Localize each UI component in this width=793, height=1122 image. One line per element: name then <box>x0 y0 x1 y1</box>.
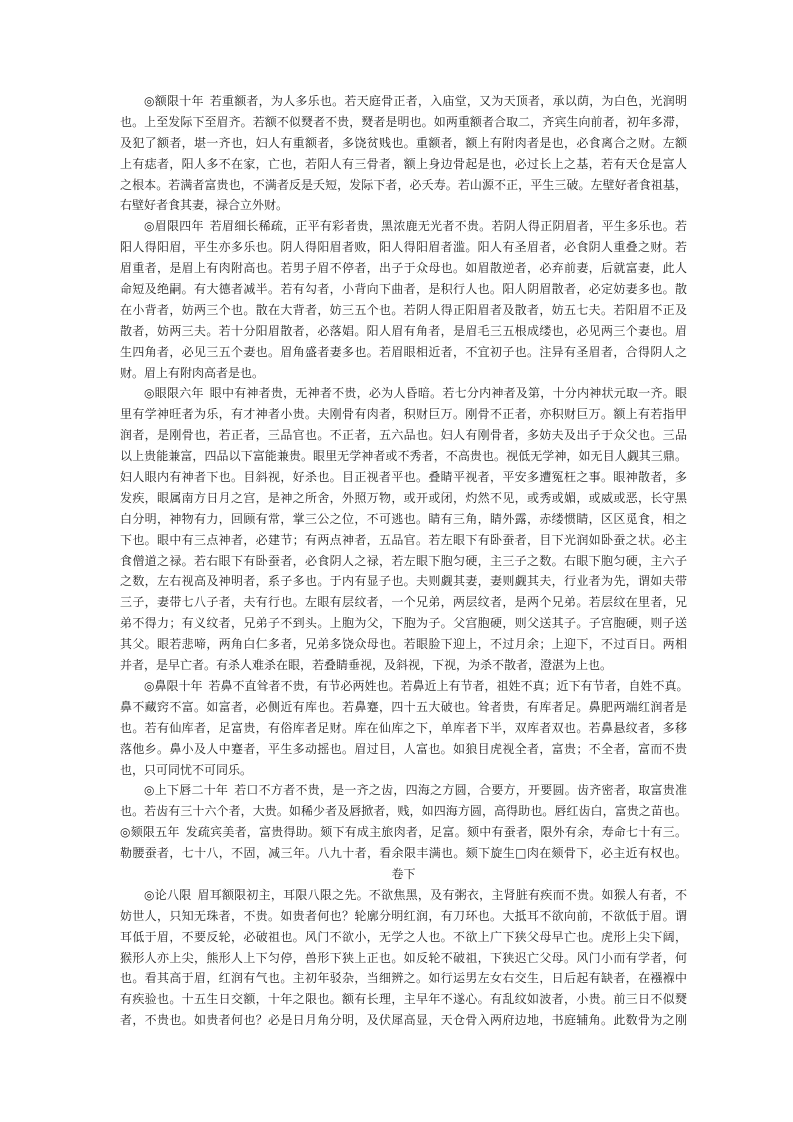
paragraph-eyebrow: ◎眉限四年若眉细长稀疏，正平有彩者贵，黑浓鹿无光者不贵。若阴人得正阴眉者，平生多… <box>120 216 687 383</box>
text-line: 也。上至发际下至眉齐。若额不似燹者不贵，燹者是明也。如两重额者合取二，齐宾生向前… <box>120 112 687 133</box>
text-line: 也。若有仙库者，足富贵，有俗库者足财。库在仙库之下，单库者下半，双库者双也。若鼻… <box>120 718 687 739</box>
paragraph-forehead: ◎额限十年若重额者，为人多乐也。若天庭骨正者，入庙堂，又为天顶者，承以荫，为白色… <box>120 91 687 216</box>
paragraph-chin: ◎颏限五年发疏宾美者，富贵得助。颏下有成主旅肉者，足富。颏中有蚕者，限外有余，寿… <box>120 822 687 864</box>
paragraph-eight-limits: ◎论八限眉耳额限初主，耳限八限之先。不欲焦黑，及有粥衣，主肾脏有疾而不贵。如猴人… <box>120 885 687 1031</box>
text-line: 润者，是刚骨也，若正者，三品官也。不正者，五六品也。妇人有刚骨者，多妨夫及出子于… <box>120 425 687 446</box>
line-text: 若眉细长稀疏，正平有彩者贵，黑浓鹿无光者不贵。若阴人得正阴眉者，平生多乐也。若 <box>210 219 687 233</box>
section-title: ◎眉限四年 <box>144 219 204 233</box>
section-title: ◎上下唇二十年 <box>144 783 228 797</box>
line-text: 眼中有神者贵，无神者不贵，必为人昏暗。若七分内神者及第，十分内神状元取一齐。眼 <box>210 386 687 400</box>
text-line: 其父。眼若悲啼，两角白仁多者，兄弟多饶众母也。若眼脸下迎上，不过月余；上迎下，不… <box>120 634 687 655</box>
text-line: 食僧道之禄。若右眼下有卧蚕者，必食阴人之禄，若左眼下胞匀硬，主三子之数。右眼下胞… <box>120 551 687 572</box>
text-line: 散者，妨两三夫。若十分阳眉散者，必落娼。阳人眉有角者，是眉毛三五根成缕也，必见两… <box>120 321 687 342</box>
text-line: ◎颏限五年发疏宾美者，富贵得助。颏下有成主旅肉者，足富。颏中有蚕者，限外有余，寿… <box>120 822 687 843</box>
text-line: 以上贵能兼富，四品以下富能兼贵。眼里无学神者或不秀者，不高贵也。视低无学神，如无… <box>120 446 687 467</box>
text-line: 也。看其高于眉，红润有气也。主初年驳杂，当细辨之。如行运男左女右交生，日后起有缺… <box>120 968 687 989</box>
text-line: 三子，妻带七八子者，夫有行也。左眼有层纹者，一个兄弟，两层纹者，是两个兄弟。若层… <box>120 592 687 613</box>
text-line: 妨世人，只知无珠者，不贵。如贵者何也？轮廓分明红润，有刀环也。大抵耳不欲向前，不… <box>120 906 687 927</box>
text-line: 也，只可同忧不可同乐。 <box>120 760 687 781</box>
body-text: ◎额限十年若重额者，为人多乐也。若天庭骨正者，入庙堂，又为天顶者，承以荫，为白色… <box>120 91 687 1031</box>
section-title: ◎眼限六年 <box>144 386 204 400</box>
text-line: ◎上下唇二十年若口不方者不贵，是一齐之齿，四海之方圆，合要方，开要圆。齿齐密者，… <box>120 780 687 801</box>
text-line: 上有痣者，阳人多不在家，亡也，若阳人有三骨者，额上身边骨起是也，必过长上之基，若… <box>120 154 687 175</box>
line-text: 若鼻不直耸者不贵，有节必两姓也。若鼻近上有节者，祖姓不真；近下有节者，自姓不真。 <box>208 679 687 693</box>
text-line: 耳低于眉，不要反轮，必破祖也。风门不欲小，无学之人也。不欲上广下狭父母早亡也。虎… <box>120 927 687 948</box>
text-line: 落他乡。鼻小及人中蹇者，平生多动摇也。眉过目，人富也。如狼目虎视全者，富贵；不全… <box>120 739 687 760</box>
text-line: ◎眉限四年若眉细长稀疏，正平有彩者贵，黑浓鹿无光者不贵。若阴人得正阴眉者，平生多… <box>120 216 687 237</box>
line-text: 若重额者，为人多乐也。若天庭骨正者，入庙堂，又为天顶者，承以荫，为白色，光润明 <box>210 94 687 108</box>
line-text: 发疏宾美者，富贵得助。颏下有成主旅肉者，足富。颏中有蚕者，限外有余，寿命七十有三… <box>186 825 687 839</box>
text-line: 之数，左右视高及神明者，系子多也。于内有显子也。夫则觑其妻，妻则觑其夫，行业者为… <box>120 571 687 592</box>
text-line: 及犯了额者，堪一齐也，妇人有重额者，多饶贫贱也。重额者，额上有附肉者是也，必食离… <box>120 133 687 154</box>
text-line: 有疾验也。十五生日交额，十年之限也。额有长理，主早年不遂心。有乱纹如波者，小贵。… <box>120 989 687 1010</box>
text-line: 命短及绝嗣。有大德者减半。若有勾者，小背向下曲者，是积行人也。阳人阴眉散者，必定… <box>120 279 687 300</box>
text-line: 也。若齿有三十六个者，大贵。如稀少者及唇掀者，贱，如四海方圆，高得助也。唇红齿白… <box>120 801 687 822</box>
section-title: ◎论八限 <box>144 888 191 902</box>
text-line: 眉重者，是眉上有肉附高也。若男子眉不停者，出子于众母也。如眉散逆者，必弃前妻，后… <box>120 258 687 279</box>
section-title: ◎额限十年 <box>144 94 204 108</box>
text-line: ◎额限十年若重额者，为人多乐也。若天庭骨正者，入庙堂，又为天顶者，承以荫，为白色… <box>120 91 687 112</box>
text-line: 在小背者，妨两三个也。散在大背者，妨三五个也。若阴人得正阳眉者及散者，妨五七夫。… <box>120 300 687 321</box>
text-line: 右壁好者食其妻，禄合立外财。 <box>120 195 687 216</box>
text-line: ◎鼻限十年若鼻不直耸者不贵，有节必两姓也。若鼻近上有节者，祖姓不真；近下有节者，… <box>120 676 687 697</box>
text-line: 弟不得力；有义纹者，兄弟子不到头。上胞为父，下胞为子。父宫胞硬，则父送其子。子宫… <box>120 613 687 634</box>
text-line: 下也。眼中有三点神者，必建节；有两点神者，五品官。若左眼下有卧蚕者，目下光润如卧… <box>120 530 687 551</box>
text-line: 里有学神旺者为乐，有才神者小贵。夫刚骨有肉者，积财巨万。刚骨不正者，亦积财巨万。… <box>120 404 687 425</box>
paragraph-lips: ◎上下唇二十年若口不方者不贵，是一齐之齿，四海之方圆，合要方，开要圆。齿齐密者，… <box>120 780 687 822</box>
text-line: 财。眉上有附肉高者是也。 <box>120 363 687 384</box>
paragraph-eye: ◎眼限六年眼中有神者贵，无神者不贵，必为人昏暗。若七分内神者及第，十分内神状元取… <box>120 383 687 675</box>
text-line: 者，不贵也。如贵者何也？必是日月角分明，及伏犀高显，天仓骨入两府边地，书庭辅角。… <box>120 1010 687 1031</box>
text-line: 生四角者，必见三五个妻也。眉角盛者妻多也。若眉眼相近者，不宜初子也。注异有圣眉者… <box>120 342 687 363</box>
text-line: 妇人眼内有神者下也。目斜视，好杀也。目正视者平也。叠睛平视者，平安多遭冤枉之事。… <box>120 467 687 488</box>
line-text: 眉耳额限初主，耳限八限之先。不欲焦黑，及有粥衣，主肾脏有疾而不贵。如猴人有者，不 <box>197 888 687 902</box>
section-title: ◎颏限五年 <box>120 825 180 839</box>
text-line: 并者，是早亡者。有杀人难杀在眼，若叠睛垂视，及斜视，下视，为杀不散者，澄湛为上也… <box>120 655 687 676</box>
text-line: 白分明，神物有力，回顾有常，掌三公之位，不可逃也。睛有三角，睛外露，赤缕惯睛，区… <box>120 509 687 530</box>
text-line: 阳人得阳眉，平生亦多乐也。阴人得阳眉者败，阳人得阳眉者滥。阳人有圣眉者，必食阴人… <box>120 237 687 258</box>
text-line: 鼻不藏窍不富。如富者，必侧近有库也。若鼻蹇，四十五大破也。耸者贵，有库者足。鼻肥… <box>120 697 687 718</box>
line-text: 若口不方者不贵，是一齐之齿，四海之方圆，合要方，开要圆。齿齐密者，取富贵准 <box>234 783 687 797</box>
text-line: 之根本。若满者富贵也，不满者反是夭短，发际下者，必夭寿。若山源不正，平生三破。左… <box>120 175 687 196</box>
text-line: ◎论八限眉耳额限初主，耳限八限之先。不欲焦黑，及有粥衣，主肾脏有疾而不贵。如猴人… <box>120 885 687 906</box>
text-line: 发疾，眼属南方日月之宫，是神之所舍，外照万物，或开或闭，灼然不见，或秀或媚，或威… <box>120 488 687 509</box>
text-line: ◎眼限六年眼中有神者贵，无神者不贵，必为人昏暗。若七分内神者及第，十分内神状元取… <box>120 383 687 404</box>
paragraph-nose: ◎鼻限十年若鼻不直耸者不贵，有节必两姓也。若鼻近上有节者，祖姓不真；近下有节者，… <box>120 676 687 780</box>
text-line: 猴形人亦上尖，熊形人上下匀停，兽形下狭上正也。如反轮不破祖，下狭迟亡父母。风门小… <box>120 948 687 969</box>
document-page: ◎额限十年若重额者，为人多乐也。若天庭骨正者，入庙堂，又为天顶者，承以荫，为白色… <box>0 0 793 1122</box>
volume-heading: 卷下 <box>120 864 687 885</box>
section-title: ◎鼻限十年 <box>144 679 202 693</box>
text-line: 勒腰蚕者，七十八，不固，减三年。八九十者，看余限丰满也。颏下旋生□肉在颏骨下，必… <box>120 843 687 864</box>
